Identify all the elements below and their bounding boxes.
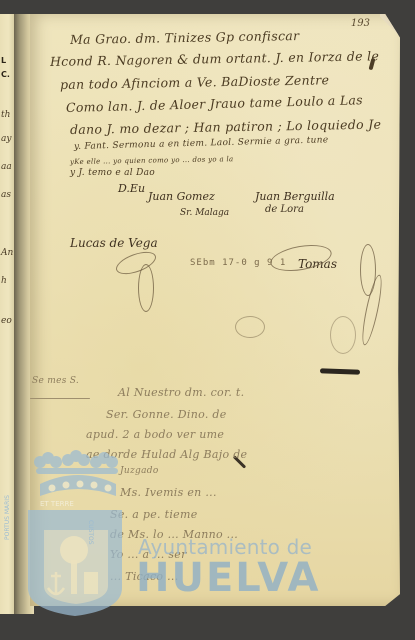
rubric-flourish	[330, 316, 356, 354]
manuscript-line: Juzgado	[120, 466, 159, 476]
signature: Lucas de Vega	[70, 236, 158, 250]
margin-rule	[30, 398, 90, 399]
manuscript-line: Hcond R. Nagoren & dum ortant. J. en Ior…	[50, 48, 379, 69]
manuscript-line: Ser. Gonne. Dino. de	[106, 408, 227, 421]
signature: de Lora	[265, 204, 304, 215]
document-viewer: L C. th ay aa as An h eo 193 Ma Grao. dm…	[0, 0, 415, 640]
prev-page-fragment: An	[1, 248, 13, 258]
manuscript-page: 193 Ma Grao. dm. Tinizes Gp confiscar Hc…	[30, 14, 400, 606]
manuscript-line: de Ms. lo ... Manno ...	[110, 528, 238, 541]
folded-corner	[380, 14, 400, 38]
manuscript-line: Como lan. J. de Aloer Jrauo tame Loulo a…	[66, 92, 363, 115]
manuscript-line: Se. a pe. tieme	[110, 508, 198, 521]
prev-page-fragment: ay	[1, 134, 11, 144]
rubric-flourish	[235, 316, 265, 338]
prev-page-fragment: h	[1, 276, 7, 286]
manuscript-line: y J. temo e al Dao	[70, 168, 155, 178]
manuscript-line: Al Nuestro dm. cor. t.	[118, 386, 244, 399]
prev-page-fragment: as	[1, 190, 11, 200]
manuscript-line: Ms. Ivemis en ...	[120, 486, 217, 499]
manuscript-line: Ma Grao. dm. Tinizes Gp confiscar	[70, 28, 300, 47]
margin-date-note: SEbm 17-0 g 9 1	[190, 258, 286, 268]
prev-page-fragment: th	[1, 110, 10, 120]
ink-blot	[320, 368, 360, 374]
signature: Juan Gomez	[148, 190, 215, 203]
rubric-flourish	[138, 264, 154, 312]
signature: Juan Berguilla	[255, 190, 335, 203]
manuscript-line: pan todo Afinciom a Ve. BaDioste Zentre	[60, 72, 329, 92]
manuscript-line: apud. 2 a bodo ver ume	[86, 428, 224, 441]
manuscript-line: y. Fant. Sermonu a en tiem. Laol. Sermie…	[74, 135, 329, 152]
signature: Sr. Malaga	[180, 208, 229, 218]
prev-page-fragment: aa	[1, 162, 12, 172]
manuscript-line: ae dorde Hulad Alg Bajo de	[86, 448, 247, 461]
manuscript-line: yKe elle ... yo quien como yo ... dos yo…	[70, 155, 234, 166]
margin-note: Se mes S.	[32, 376, 79, 386]
manuscript-line: ... Ticaco ...	[110, 570, 179, 583]
prev-page-fragment: eo	[1, 316, 12, 326]
manuscript-line: Yo ... a ... ser	[110, 548, 187, 561]
manuscript-line: dano J. mo dezar ; Han patiron ; Lo loqu…	[70, 117, 381, 137]
previous-page-edge: L C. th ay aa as An h eo	[0, 14, 14, 614]
prev-page-fragment: L	[1, 56, 6, 65]
signature: D.Eu	[118, 182, 145, 195]
prev-page-fragment: C.	[1, 70, 10, 79]
folio-number: 193	[351, 18, 370, 29]
